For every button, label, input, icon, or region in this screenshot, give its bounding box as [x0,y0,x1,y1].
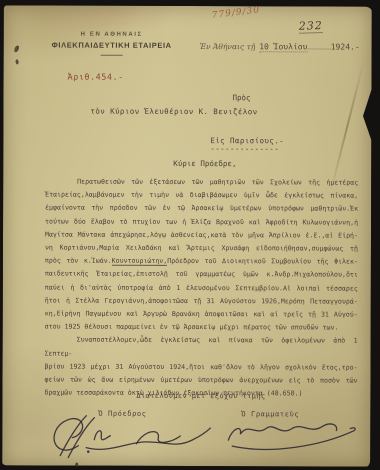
dateline-place: Ἐν Ἀθήναις τῇ [200,42,256,51]
body-line: Ἑταιρείας,λαμβάνομεν τὴν τιμὴν νὰ διαβιβ… [45,189,358,203]
letterhead: Η ΕΝ ΑΘΗΝΑΙΣ ΦΙΛΕΚΠΑΙΔΕΥΤΙΚΗ ΕΤΑΙΡΕΙΑ [42,31,182,55]
letterhead-location: Η ΕΝ ΑΘΗΝΑΙΣ [42,31,182,37]
recipient-name: τὸν Κύριον Ἐλευθέριον Κ. Βενιζέλον [90,107,257,117]
protocol-number: Ἀριθ.454.- [68,73,124,83]
body-line: Περατωθεισῶν τῶν ἐξετάσεων τῶν μαθητριῶν… [45,176,358,190]
letterhead-society-name: ΦΙΛΕΚΠΑΙΔΕΥΤΙΚΗ ΕΤΑΙΡΕΙΑ [42,40,182,49]
recipient-to-label: Πρὸς [232,93,250,102]
body-line: τούτων δύο ἔλαβον τὸ πτυχίον των ἡ Ἑλίζα… [45,215,358,229]
ink-blot [15,59,19,65]
body-line: Μαγίτσα Μάντακα ἀπεχώρησε,λόγῳ ἀσθενείας… [45,228,358,242]
body-line-kountouriotis: πρὸς τὸν κ.Ἰωάν.Κουντουριώτην,Πρόεδρον τ… [45,255,358,269]
recipient-city-underline: -------------- [210,144,279,153]
handwritten-archive-ref: 779/9/30 [211,5,260,21]
dateline-underline [307,48,330,49]
dateline: Ἐν Ἀθήναις τῇ 10 Ἰουλίου 1924.- [200,42,360,53]
body-line: ἤτοι ἡ Στέλλα Γερογιάννη,ἀποφοιτῶσα τῇ 3… [45,294,358,308]
letter-body: Περατωθεισῶν τῶν ἐξετάσεων τῶν μαθητριῶν… [44,176,358,402]
body-line-part: πρὸς τὸν κ.Ἰωάν. [45,257,112,265]
body-line-part: Πρόεδρον τοῦ Διοικητικοῦ Συμβουλίου τῆς … [167,257,358,266]
salutation: Κύριε Πρόεδρε, [173,159,236,168]
body-line: βρίου 1923 μέχρι 31 Αὐγούστου 1924,ἤτοι … [45,360,358,374]
dateline-year: 1924.- [331,43,360,52]
body-line: παιδευτικῆς Ἑταιρείας,ἐπιστολῇ τοῦ γραμμ… [45,268,358,282]
handwritten-page-number: 232 [299,19,323,34]
body-line: παύει ἡ δι'αὐτὰς ὑποτροφία ἀπὸ 1 ἐλευσομ… [45,281,358,295]
president-signature [80,418,215,460]
body-line: ἐμφαίνοντα τὴν πρόοδον τῶν ἐν τῷ Ἀρσακεί… [45,202,358,216]
body-line: νη Κορτιάνου,Μαρία Χειλαδάκη καὶ Ἄρτεμις… [45,242,358,256]
letterhead-rule [101,55,123,56]
ink-blot [75,463,78,467]
secretary-signature [220,414,360,456]
page-corner-shadow [363,88,372,142]
body-line: Συναποστέλλομεν,ὧδε ἐγκλείστως καὶ πίνακ… [45,334,358,361]
paper-crease [329,60,364,191]
body-line: κη,Εἰρήνη Παγωμένου καὶ Ἀργυρὼ Βρανάκη ἀ… [45,308,358,322]
dateline-date: 10 Ἰουλίου [259,42,307,52]
letter-paper: 779/9/30 232 Η ΕΝ ΑΘΗΝΑΙΣ ΦΙΛΕΚΠΑΙΔΕΥΤΙΚ… [2,5,372,466]
body-line: στου 1925 θέλουσι παραμείνει ἐν τῷ Ἀρσακ… [45,321,358,335]
scanned-letter: 779/9/30 232 Η ΕΝ ΑΘΗΝΑΙΣ ΦΙΛΕΚΠΑΙΔΕΥΤΙΚ… [0,0,380,470]
underlined-name: Κουντουριώτην, [112,257,168,266]
ink-blot [14,45,20,53]
closing-phrase: Διατελοῦμεν μετ'ἐξόχου τιμῆς [44,392,357,401]
body-line: φείων τῶν ὡς ἄνω εἰρημένων ὑμετέρων ὑποτ… [44,374,357,388]
